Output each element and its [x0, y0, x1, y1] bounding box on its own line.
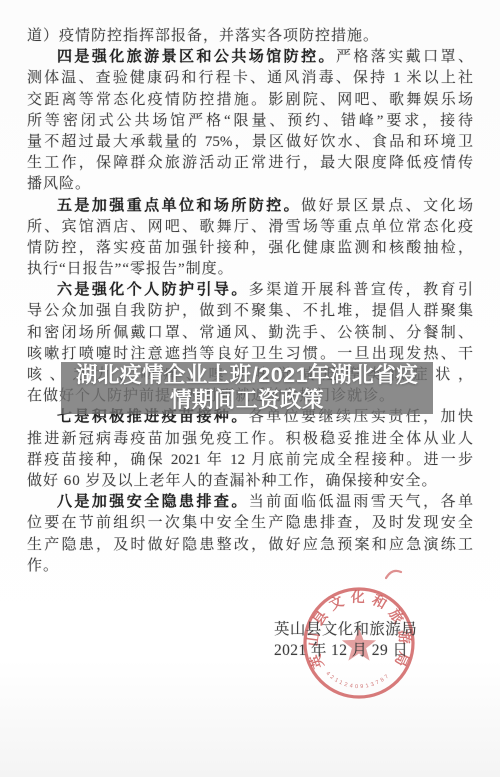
text-line: 和密闭场所佩戴口罩、常通风、勤洗手、公筷制、分餐制、: [27, 323, 473, 344]
text-line: 交距离等常态化疫情防控措施。影剧院、网吧、歌舞娱乐场: [27, 90, 473, 111]
document-body: 道）疫情防控指挥部报备，并落实各项防控措施。四是强化旅游景区和公共场馆防控。严格…: [27, 26, 473, 577]
paragraph-text: 作。: [27, 558, 59, 574]
paragraph-text: 情防控，落实疫苗加强针接种，强化健康监测和核酸抽检，: [27, 240, 473, 256]
paragraph-text: 做好景区景点、文化场: [301, 198, 473, 214]
paragraph-text: 多渠道开展科普宣传，教育引: [249, 282, 473, 298]
watermark-title-overlay: 湖北疫情企业上班/2021年湖北省疫 情期间工资政策: [61, 362, 433, 414]
paragraph-text: 和密闭场所佩戴口罩、常通风、勤洗手、公筷制、分餐制、: [27, 325, 473, 341]
text-line: 测体温、查验健康码和行程卡、通风消毒、保持 1 米以上社: [27, 68, 473, 89]
paragraph-text: 量不超过最大承载量的 75%，景区做好饮水、食品和环境卫: [27, 134, 473, 150]
text-line: 六是强化个人防护引导。多渠道开展科普宣传，教育引: [27, 280, 473, 301]
paragraph-text: 测体温、查验健康码和行程卡、通风消毒、保持 1 米以上社: [27, 70, 473, 86]
paragraph-text: 生工作，保障群众旅游活动正常进行，最大限度降低疫情传: [27, 155, 473, 171]
paragraph-text: 执行“日报告”“零报告”制度。: [27, 261, 234, 277]
paragraph-text: 推进新冠病毒疫苗加强免疫工作。积极稳妥推进全体从业人: [27, 431, 473, 447]
text-line: 情防控，落实疫苗加强针接种，强化健康监测和核酸抽检，: [27, 238, 473, 259]
paragraph-text: 导公众加强自我防护，做到不聚集、不扎堆，提倡人群聚集: [27, 303, 473, 319]
text-line: 作。: [27, 556, 473, 577]
seal-serial-number: 4211240913787: [324, 671, 391, 690]
paragraph-text: 播风险。: [27, 176, 91, 192]
text-line: 播风险。: [27, 174, 473, 195]
scanned-document-page: 道）疫情防控指挥部报备，并落实各项防控措施。四是强化旅游景区和公共场馆防控。严格…: [0, 0, 500, 777]
paragraph-text: 道）疫情防控指挥部报备，并落实各项防控措施。: [27, 28, 379, 44]
text-line: 所、宾馆酒店、网吧、歌舞厅、滑雪场等重点单位常态化疫: [27, 217, 473, 238]
paragraph-text: 所、宾馆酒店、网吧、歌舞厅、滑雪场等重点单位常态化疫: [27, 219, 473, 235]
text-line: 执行“日报告”“零报告”制度。: [27, 259, 473, 280]
text-line: 导公众加强自我防护，做到不聚集、不扎堆，提倡人群聚集: [27, 301, 473, 322]
paragraph-text: 所等密闭式公共场馆严格“限量、预约、错峰”要求，接待: [27, 113, 473, 129]
issuer-name: 英山县文化和旅游局: [274, 619, 417, 640]
paragraph-text: 做好 60 岁及以上老年人的查漏补种工作，确保接种安全。: [27, 473, 438, 489]
text-line: 量不超过最大承载量的 75%，景区做好饮水、食品和环境卫: [27, 132, 473, 153]
text-line: 所等密闭式公共场馆严格“限量、预约、错峰”要求，接待: [27, 111, 473, 132]
text-line: 五是加强重点单位和场所防控。做好景区景点、文化场: [27, 196, 473, 217]
text-line: 生工作，保障群众旅游活动正常进行，最大限度降低疫情传: [27, 153, 473, 174]
paragraph-text: 位要在节前组织一次集中安全生产隐患排查，及时发现安全: [27, 515, 473, 531]
signature-block: 英山县文化和旅游局 2021 年 12 月 29 日: [274, 619, 417, 661]
text-line: 做好 60 岁及以上老年人的查漏补种工作，确保接种安全。: [27, 471, 473, 492]
text-line: 生产隐患，及时做好隐患整改，做好应急预案和应急演练工: [27, 535, 473, 556]
text-line: 推进新冠病毒疫苗加强免疫工作。积极稳妥推进全体从业人: [27, 429, 473, 450]
paragraph-heading: 八是加强安全隐患排查。: [57, 494, 249, 510]
paragraph-text: 交距离等常态化疫情防控措施。影剧院、网吧、歌舞娱乐场: [27, 92, 473, 108]
watermark-title-line2: 情期间工资政策: [170, 388, 324, 413]
text-line: 道）疫情防控指挥部报备，并落实各项防控措施。: [27, 26, 473, 47]
issue-date: 2021 年 12 月 29 日: [274, 640, 417, 661]
watermark-title-line1: 湖北疫情企业上班/2021年湖北省疫: [76, 363, 418, 388]
text-line: 四是强化旅游景区和公共场馆防控。严格落实戴口罩、: [27, 47, 473, 68]
paragraph-text: 咳嗽打喷嚏时注意遮挡等良好卫生习惯。一旦出现发热、干: [27, 346, 473, 362]
stray-seal-mark: [385, 567, 403, 581]
paragraph-heading: 五是加强重点单位和场所防控。: [57, 198, 301, 214]
paragraph-heading: 六是强化个人防护引导。: [57, 282, 249, 298]
text-line: 八是加强安全隐患排查。当前面临低温雨雪天气，各单: [27, 492, 473, 513]
paragraph-text: 群疫苗接种，确保 2021 年 12 月底前完成全程接种。进一步: [27, 452, 473, 468]
text-line: 位要在节前组织一次集中安全生产隐患排查，及时发现安全: [27, 513, 473, 534]
text-line: 群疫苗接种，确保 2021 年 12 月底前完成全程接种。进一步: [27, 450, 473, 471]
paragraph-heading: 四是强化旅游景区和公共场馆防控。: [57, 49, 336, 65]
paragraph-text: 当前面临低温雨雪天气，各单: [249, 494, 473, 510]
paragraph-text: 生产隐患，及时做好隐患整改，做好应急预案和应急演练工: [27, 537, 473, 553]
paragraph-text: 严格落实戴口罩、: [336, 49, 473, 65]
